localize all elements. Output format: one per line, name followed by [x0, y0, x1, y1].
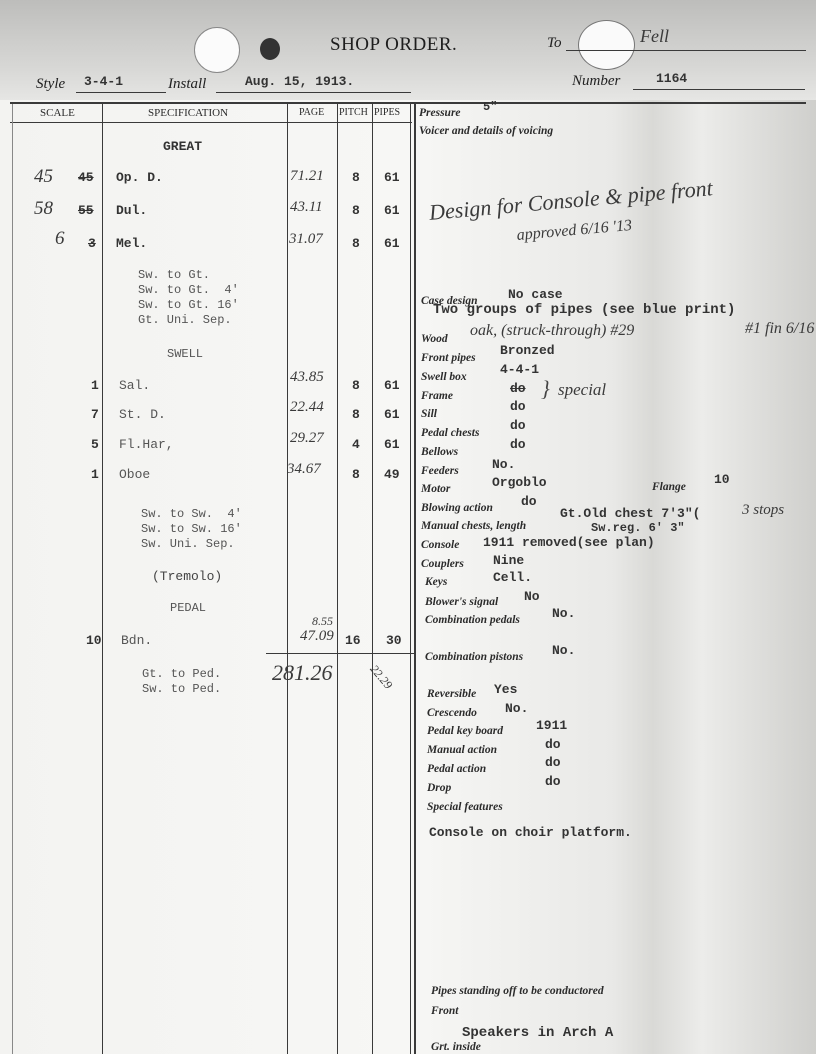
wood-label: Wood: [421, 333, 448, 345]
reversible-value: Yes: [494, 682, 517, 697]
pitch-value: 4: [352, 437, 360, 452]
style-underline: [76, 92, 166, 93]
coupler: Sw. to Gt. 16': [138, 298, 239, 313]
col-divider-scale: [102, 104, 103, 1054]
reversible-label: Reversible: [427, 688, 476, 700]
col-divider-pitch: [372, 104, 373, 1054]
pitch-value: 8: [352, 407, 360, 422]
col-header-pitch: PITCH: [339, 107, 368, 118]
manual-chests-label: Manual chests, length: [421, 520, 526, 532]
manual-action-value: do: [545, 737, 561, 752]
crescendo-value: No.: [505, 701, 528, 716]
spec-name: Oboe: [119, 467, 150, 482]
total-pipes: 22.29: [367, 662, 396, 692]
manual-chests-value: Gt.Old chest 7'3"(: [560, 506, 700, 521]
drop-label: Drop: [427, 782, 451, 794]
page-value: 29.27: [290, 430, 324, 447]
manual-chests-hand-note: 3 stops: [742, 502, 784, 519]
col-divider-pipes: [410, 104, 411, 1054]
pedal-chests-label: Pedal chests: [421, 427, 479, 439]
flange-label: Flange: [652, 481, 686, 493]
pipes-value: 61: [384, 236, 400, 251]
spec-name: Fl.Har,: [119, 437, 174, 452]
case-design-note: Two groups of pipes (see blue print): [433, 302, 735, 318]
pitch-value: 8: [352, 236, 360, 251]
sill-label: Sill: [421, 408, 437, 420]
coupler: Gt. Uni. Sep.: [138, 313, 239, 328]
spec-name: Op. D.: [116, 170, 163, 185]
number-underline: [633, 89, 805, 90]
pedal-couplers: Gt. to Ped. Sw. to Ped.: [142, 667, 221, 697]
manual-chests-value-2: Sw.reg. 6' 3": [591, 521, 685, 535]
combination-pistons-label: Combination pistons: [425, 651, 523, 663]
number-label: Number: [572, 73, 620, 90]
pipes-value: 61: [384, 203, 400, 218]
section-swell: SWELL: [167, 347, 203, 361]
to-underline: [566, 50, 806, 51]
blowing-action-label: Blowing action: [421, 502, 493, 514]
col-divider-double: [414, 104, 416, 1054]
voicer-note-approved: approved 6/16 '13: [516, 217, 633, 245]
spec-name: St. D.: [119, 407, 166, 422]
scale-typed: 1: [91, 378, 99, 393]
couplers-value: Nine: [493, 553, 524, 568]
blowers-signal-value: No: [524, 589, 540, 604]
spec-name: Bdn.: [121, 633, 152, 648]
swell-box-label: Swell box: [421, 371, 467, 383]
drop-value: do: [545, 774, 561, 789]
coupler: Sw. to Sw. 16': [141, 522, 242, 537]
scale-typed: 45: [78, 170, 94, 185]
section-pedal: PEDAL: [170, 601, 206, 615]
pressure-label: Pressure: [419, 107, 461, 119]
keys-label: Keys: [425, 576, 447, 588]
coupler: Sw. to Sw. 4': [141, 507, 242, 522]
col-divider-page: [337, 104, 338, 1054]
pipes-value: 61: [384, 437, 400, 452]
style-value: 3-4-1: [84, 74, 123, 89]
blowers-signal-label: Blower's signal: [425, 596, 498, 608]
coupler: Sw. Uni. Sep.: [141, 537, 242, 552]
pedal-action-value: do: [545, 755, 561, 770]
page-value: 71.21: [290, 168, 324, 185]
special-note: special: [558, 380, 606, 400]
great-couplers: Sw. to Gt. Sw. to Gt. 4' Sw. to Gt. 16' …: [138, 268, 239, 328]
front-pipes-value: Bronzed: [500, 343, 555, 358]
scale-typed: 10: [86, 633, 102, 648]
wood-side-note: #1 fin 6/16: [745, 320, 814, 338]
bellows-value: do: [510, 437, 526, 452]
front-pipes-label: Front pipes: [421, 352, 476, 364]
case-design-value: No case: [508, 287, 563, 302]
pressure-value: 5": [483, 100, 497, 114]
pipes-value: 61: [384, 407, 400, 422]
spec-name: Dul.: [116, 203, 147, 218]
pitch-value: 8: [352, 378, 360, 393]
swell-box-value: 4-4-1: [500, 362, 539, 377]
pedal-chests-value: do: [510, 418, 526, 433]
scale-hand: 6: [55, 228, 65, 250]
scale-typed: 1: [91, 467, 99, 482]
page-value-above: 8.55: [312, 614, 333, 629]
page-value: 22.44: [290, 399, 324, 416]
scale-hand: 58: [34, 198, 53, 220]
pipes-value: 30: [386, 633, 402, 648]
total-rule: [266, 653, 416, 654]
pedal-action-label: Pedal action: [427, 763, 486, 775]
combination-pistons-value: No.: [552, 643, 575, 658]
scale-typed: 55: [78, 203, 94, 218]
couplers-label: Couplers: [421, 558, 464, 570]
to-value: Fell: [640, 26, 669, 47]
section-great: GREAT: [163, 139, 202, 154]
motor-label: Motor: [421, 483, 450, 495]
shop-order-page: SHOP ORDER. To Fell Style 3-4-1 Install …: [0, 0, 816, 1054]
crescendo-label: Crescendo: [427, 707, 477, 719]
scale-typed: 7: [91, 407, 99, 422]
install-underline: [216, 92, 411, 93]
scale-hand: 45: [34, 166, 53, 188]
pipes-value: 61: [384, 378, 400, 393]
page-title: SHOP ORDER.: [330, 34, 457, 56]
pedal-key-board-value: 1911: [536, 718, 567, 733]
special-features-value: Console on choir platform.: [429, 825, 632, 840]
col-divider-spec: [287, 104, 288, 1054]
punch-hole: [194, 27, 240, 73]
manual-action-label: Manual action: [427, 744, 497, 756]
number-value: 1164: [656, 71, 687, 86]
motor-value: Orgoblo: [492, 475, 547, 490]
pedal-key-board-label: Pedal key board: [427, 725, 503, 737]
pipes-value: 49: [384, 467, 400, 482]
combination-pedals-label: Combination pedals: [425, 614, 520, 626]
page-value: 31.07: [289, 231, 323, 248]
scale-typed: 3: [88, 236, 96, 251]
col-header-pipes: PIPES: [374, 107, 400, 118]
column-header-rule: [10, 122, 412, 123]
punch-hole-dark: [260, 38, 280, 60]
blowing-action-value: do: [521, 494, 537, 509]
bracket: }: [541, 376, 550, 402]
coupler: Sw. to Ped.: [142, 682, 221, 697]
frame-value: do: [510, 381, 526, 396]
paper-tear: [578, 20, 635, 70]
console-value: 1911 removed(see plan): [483, 535, 655, 550]
spec-name: Mel.: [116, 236, 147, 251]
page-value: 34.67: [287, 461, 321, 478]
pipes-standing-label: Pipes standing off to be conductored: [431, 985, 604, 997]
feeders-value: No.: [492, 457, 515, 472]
pitch-value: 8: [352, 170, 360, 185]
console-label: Console: [421, 539, 459, 551]
voicer-label: Voicer and details of voicing: [419, 125, 553, 137]
wood-value: oak, (struck-through) #29: [470, 322, 634, 340]
page-value: 47.09: [300, 628, 334, 645]
page-value: 43.11: [290, 199, 323, 216]
front-value: Speakers in Arch A: [462, 1025, 613, 1041]
grt-inside-label: Grt. inside: [431, 1041, 481, 1053]
voicer-note: Design for Console & pipe front: [428, 175, 714, 226]
total-page: 281.26: [272, 660, 333, 686]
coupler: Sw. to Gt.: [138, 268, 239, 283]
bellows-label: Bellows: [421, 446, 458, 458]
pitch-value: 16: [345, 633, 361, 648]
left-border: [12, 104, 13, 1054]
pitch-value: 8: [352, 467, 360, 482]
install-value: Aug. 15, 1913.: [245, 74, 354, 89]
coupler: Gt. to Ped.: [142, 667, 221, 682]
sill-value: do: [510, 399, 526, 414]
coupler: Sw. to Gt. 4': [138, 283, 239, 298]
to-label: To: [547, 35, 561, 52]
col-header-scale: SCALE: [40, 107, 75, 119]
front-label: Front: [431, 1005, 459, 1017]
pipes-value: 61: [384, 170, 400, 185]
swell-couplers: Sw. to Sw. 4' Sw. to Sw. 16' Sw. Uni. Se…: [141, 507, 242, 552]
tremolo: (Tremolo): [152, 569, 222, 584]
feeders-label: Feeders: [421, 465, 459, 477]
keys-value: Cell.: [493, 570, 532, 585]
header-rule: [10, 102, 806, 104]
flange-value: 10: [714, 472, 730, 487]
special-features-label: Special features: [427, 801, 503, 813]
page-value: 43.85: [290, 369, 324, 386]
frame-label: Frame: [421, 390, 453, 402]
spec-name: Sal.: [119, 378, 150, 393]
col-header-page: PAGE: [299, 107, 324, 118]
pitch-value: 8: [352, 203, 360, 218]
col-header-specification: SPECIFICATION: [148, 107, 228, 119]
scale-typed: 5: [91, 437, 99, 452]
combination-pedals-value: No.: [552, 606, 575, 621]
install-label: Install: [168, 76, 206, 93]
style-label: Style: [36, 76, 65, 93]
